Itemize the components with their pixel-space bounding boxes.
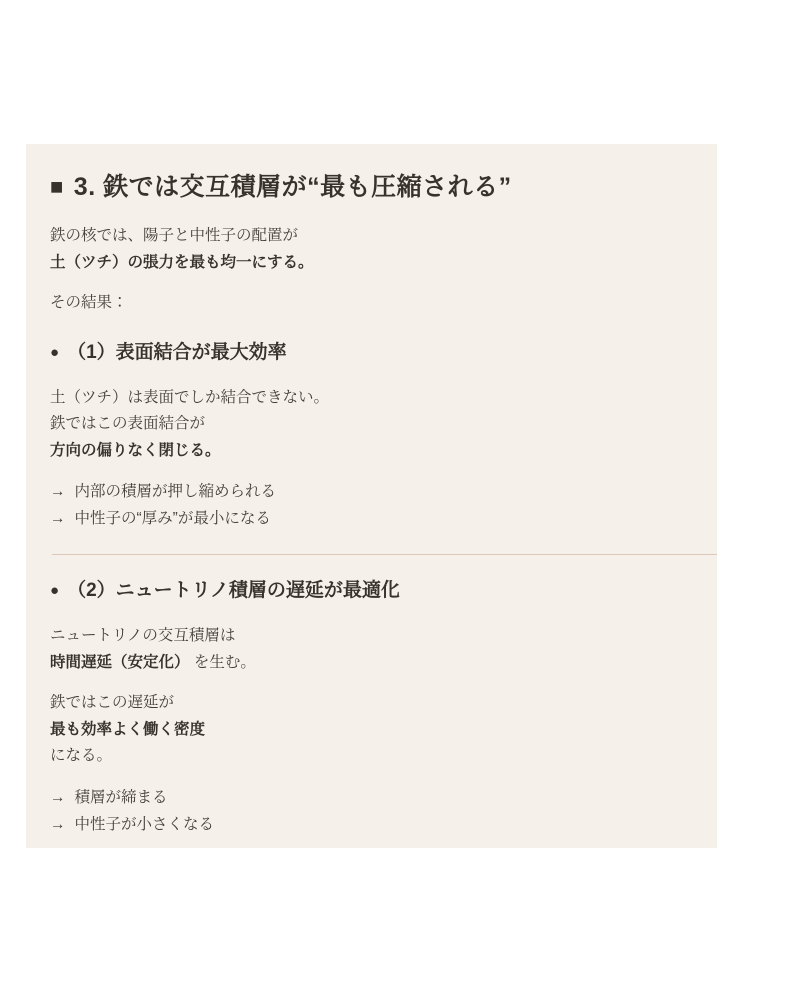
consequence-text: 中性子が小さくなる bbox=[75, 816, 215, 833]
section1-line-3: 方向の偏りなく閉じる。 bbox=[50, 438, 693, 465]
section2-p1-rest: を生む。 bbox=[190, 654, 256, 671]
section1-consequences: →内部の積層が押し縮められる →中性子の“厚み”が最小になる bbox=[50, 478, 693, 532]
circle-bullet-icon: ● bbox=[50, 344, 59, 361]
consequence-line: →中性子が小さくなる bbox=[50, 811, 693, 838]
section2-p1-line-1: ニュートリノの交互積層は bbox=[50, 623, 693, 650]
arrow-right-icon: → bbox=[50, 483, 66, 500]
subheading-2-text: （2）ニュートリノ積層の遅延が最適化 bbox=[67, 580, 400, 601]
section1-line-2: 鉄ではこの表面結合が bbox=[50, 411, 693, 438]
consequence-text: 内部の積層が押し縮められる bbox=[75, 483, 277, 500]
consequence-text: 積層が締まる bbox=[75, 789, 168, 806]
subheading-1-text: （1）表面結合が最大効率 bbox=[67, 342, 287, 363]
section2-p2-line-2: 最も効率よく働く密度 bbox=[50, 717, 693, 744]
subheading-2: ●（2）ニュートリノ積層の遅延が最適化 bbox=[50, 577, 693, 606]
intro-line-1: 鉄の核では、陽子と中性子の配置が bbox=[50, 223, 693, 250]
section2-p1-line-2: 時間遅延（安定化） を生む。 bbox=[50, 650, 693, 677]
square-bullet-icon: ■ bbox=[50, 174, 64, 199]
content-card: ■3. 鉄では交互積層が“最も圧縮される” 鉄の核では、陽子と中性子の配置が 土… bbox=[26, 144, 717, 848]
arrow-right-icon: → bbox=[50, 789, 66, 806]
consequence-line: →中性子の“厚み”が最小になる bbox=[50, 505, 693, 532]
section-heading-text: 3. 鉄では交互積層が“最も圧縮される” bbox=[74, 173, 512, 201]
intro-paragraph: 鉄の核では、陽子と中性子の配置が 土（ツチ）の張力を最も均一にする。 bbox=[50, 223, 693, 276]
subheading-1: ●（1）表面結合が最大効率 bbox=[50, 339, 693, 368]
section2-paragraph-1: ニュートリノの交互積層は 時間遅延（安定化） を生む。 bbox=[50, 623, 693, 676]
section2-p1-bold: 時間遅延（安定化） bbox=[50, 654, 190, 671]
section2-p2-line-3: になる。 bbox=[50, 743, 693, 770]
arrow-right-icon: → bbox=[50, 510, 66, 527]
section1-paragraph: 土（ツチ）は表面でしか結合できない。 鉄ではこの表面結合が 方向の偏りなく閉じる… bbox=[50, 385, 693, 465]
arrow-right-icon: → bbox=[50, 816, 66, 833]
section-heading: ■3. 鉄では交互積層が“最も圧縮される” bbox=[50, 170, 693, 205]
consequence-line: →内部の積層が押し縮められる bbox=[50, 478, 693, 505]
consequence-line: →積層が締まる bbox=[50, 784, 693, 811]
intro-line-2: 土（ツチ）の張力を最も均一にする。 bbox=[50, 250, 693, 277]
section2-p2-line-1: 鉄ではこの遅延が bbox=[50, 690, 693, 717]
result-text: その結果： bbox=[50, 290, 693, 317]
section2-consequences: →積層が締まる →中性子が小さくなる bbox=[50, 784, 693, 838]
section1-line-1: 土（ツチ）は表面でしか結合できない。 bbox=[50, 385, 693, 412]
result-label: その結果： bbox=[50, 290, 693, 317]
consequence-text: 中性子の“厚み”が最小になる bbox=[75, 510, 271, 527]
section-divider bbox=[52, 554, 717, 555]
circle-bullet-icon: ● bbox=[50, 582, 59, 599]
section2-paragraph-2: 鉄ではこの遅延が 最も効率よく働く密度 になる。 bbox=[50, 690, 693, 770]
